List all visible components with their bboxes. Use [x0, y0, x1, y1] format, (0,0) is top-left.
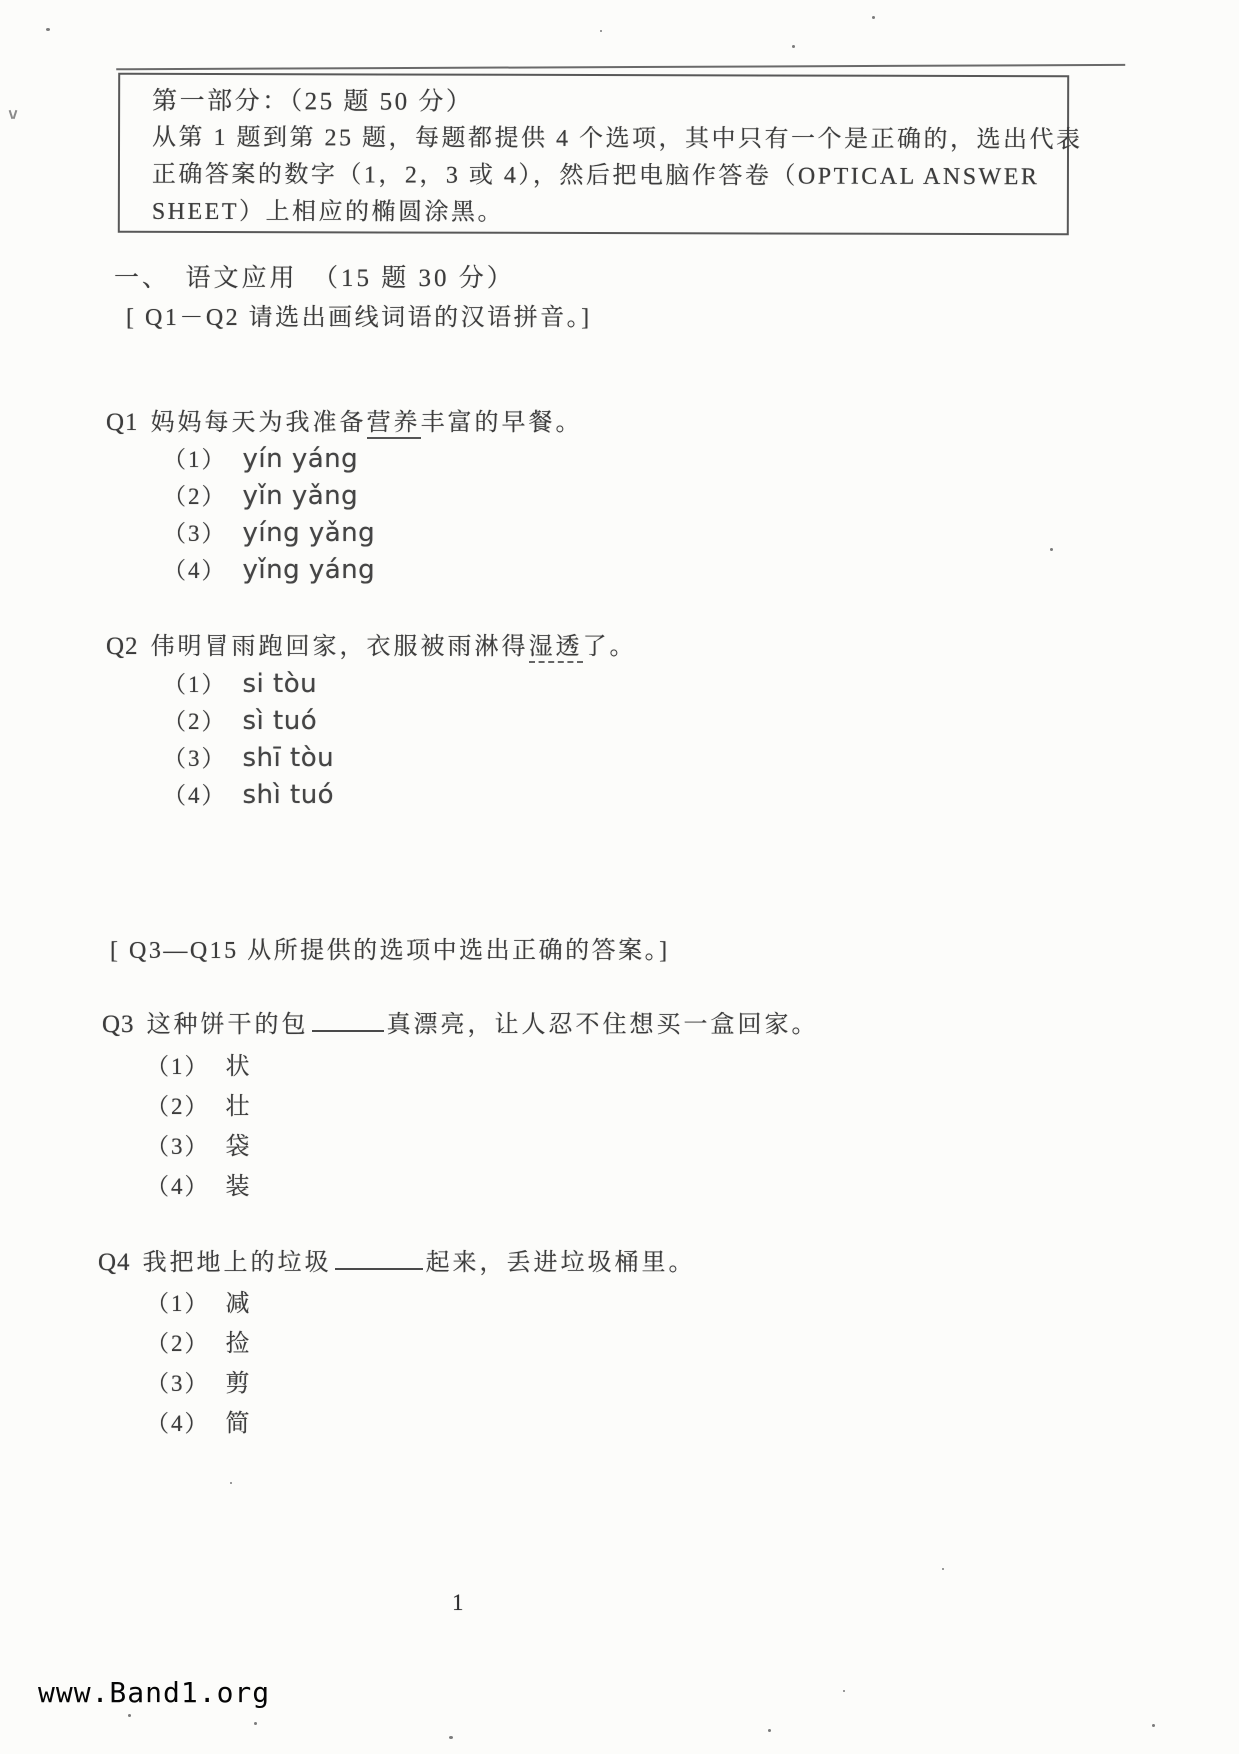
option-1: （1）减 — [146, 1283, 252, 1323]
part1-instruction-line: SHEET）上相应的椭圆涂黑。 — [152, 194, 1067, 233]
option-text: shì tuó — [243, 780, 335, 810]
scan-speck — [1050, 548, 1053, 551]
option-text: 袋 — [226, 1134, 252, 1160]
scan-speck — [768, 1729, 771, 1732]
option-number: （4） — [163, 558, 227, 583]
option-text: yǐng yáng — [243, 555, 376, 585]
scan-speck — [46, 28, 50, 31]
option-number: （3） — [146, 1134, 210, 1159]
question-q1-options: （1）yín yáng （2）yǐn yǎng （3）yíng yǎng （4）… — [163, 441, 375, 589]
exam-page-scan: 第一部分：（25 题 50 分） 从第 1 题到第 25 题，每题都提供 4 个… — [0, 0, 1239, 1754]
option-number: （4） — [146, 1174, 210, 1199]
question-number: Q2 — [106, 633, 139, 660]
underlined-word: 营养 — [367, 410, 421, 439]
option-2: （2）yǐn yǎng — [163, 478, 375, 515]
option-number: （4） — [146, 1411, 210, 1436]
scan-speck — [128, 1714, 131, 1717]
option-1: （1）si tòu — [163, 666, 334, 703]
option-number: （1） — [146, 1054, 210, 1079]
scan-speck — [872, 16, 875, 19]
section-title: 一、 语文应用 （15 题 30 分） — [114, 258, 515, 294]
scan-speck — [449, 1736, 453, 1739]
option-text: yǐn yǎng — [243, 481, 359, 511]
part1-instruction-line: 正确答案的数字（1，2，3 或 4），然后把电脑作答卷（OPTICAL ANSW… — [152, 157, 1067, 196]
scan-speck — [843, 1690, 845, 1692]
option-number: （1） — [163, 447, 227, 472]
option-text: yíng yǎng — [243, 518, 376, 548]
part1-instruction-box: 第一部分：（25 题 50 分） 从第 1 题到第 25 题，每题都提供 4 个… — [118, 73, 1069, 235]
option-number: （3） — [163, 521, 227, 546]
option-text: 减 — [226, 1291, 252, 1317]
option-4: （4）shì tuó — [163, 777, 334, 814]
question-q1: Q1妈妈每天为我准备营养丰富的早餐。 — [106, 402, 583, 437]
option-text: sì tuó — [243, 706, 318, 736]
question-number: Q3 — [102, 1011, 135, 1038]
question-q2-options: （1）si tòu （2）sì tuó （3）shī tòu （4）shì tu… — [163, 666, 334, 814]
option-text: 捡 — [226, 1331, 252, 1357]
question-q2: Q2伟明冒雨跑回家，衣服被雨淋得湿透了。 — [106, 626, 637, 661]
question-number: Q4 — [98, 1249, 131, 1276]
stray-pen-mark — [8, 110, 18, 119]
option-1: （1）yín yáng — [163, 441, 375, 478]
scan-speck — [254, 1722, 257, 1725]
question-text: 丰富的早餐。 — [421, 410, 583, 436]
option-number: （2） — [146, 1331, 210, 1356]
watermark-url: www.Band1.org — [38, 1676, 270, 1709]
question-q4: Q4我把地上的垃圾起来，丢进垃圾桶里。 — [98, 1242, 696, 1277]
scan-speck — [1152, 1724, 1155, 1727]
option-number: （3） — [146, 1371, 210, 1396]
scan-speck — [230, 1482, 232, 1484]
option-number: （4） — [163, 783, 227, 808]
scan-speck — [600, 30, 602, 32]
part1-title: 第一部分：（25 题 50 分） — [152, 83, 1067, 122]
part1-instruction-line: 从第 1 题到第 25 题，每题都提供 4 个选项，其中只有一个是正确的，选出代… — [152, 120, 1067, 159]
option-text: shī tòu — [243, 743, 335, 773]
question-text: 妈妈每天为我准备 — [151, 410, 367, 436]
question-number: Q1 — [106, 409, 139, 436]
option-3: （3）shī tòu — [163, 740, 334, 777]
option-2: （2）sì tuó — [163, 703, 334, 740]
option-2: （2）壮 — [146, 1086, 252, 1126]
option-3: （3）yíng yǎng — [163, 515, 375, 552]
question-q3: Q3这种饼干的包真漂亮，让人忍不住想买一盒回家。 — [102, 1004, 819, 1039]
question-text: 这种饼干的包 — [147, 1012, 309, 1038]
option-4: （4）yǐng yáng — [163, 552, 375, 589]
instruction-q1-q2: [ Q1－Q2 请选出画线词语的汉语拼音。] — [126, 297, 592, 332]
question-q4-options: （1）减 （2）捡 （3）剪 （4）简 — [146, 1283, 252, 1443]
question-q3-options: （1）状 （2）壮 （3）袋 （4）装 — [146, 1046, 252, 1206]
option-text: 装 — [226, 1174, 252, 1200]
option-text: 剪 — [226, 1371, 252, 1397]
answer-blank — [335, 1243, 423, 1270]
option-number: （2） — [163, 484, 227, 509]
question-text: 伟明冒雨跑回家，衣服被雨淋得 — [151, 634, 529, 660]
question-text: 起来，丢进垃圾桶里。 — [426, 1250, 696, 1276]
instruction-q3-q15: [ Q3—Q15 从所提供的选项中选出正确的答案。] — [110, 930, 670, 965]
option-number: （2） — [163, 709, 227, 734]
option-3: （3）剪 — [146, 1363, 252, 1403]
option-number: （3） — [163, 746, 227, 771]
question-text: 我把地上的垃圾 — [143, 1250, 332, 1276]
option-text: 简 — [226, 1411, 252, 1437]
option-number: （1） — [146, 1291, 210, 1316]
underlined-word: 湿透 — [529, 634, 583, 663]
option-text: si tòu — [243, 669, 318, 699]
option-2: （2）捡 — [146, 1323, 252, 1363]
option-1: （1）状 — [146, 1046, 252, 1086]
option-text: 状 — [226, 1054, 252, 1080]
scan-speck — [942, 1568, 944, 1570]
option-text: 壮 — [226, 1094, 252, 1120]
answer-blank — [312, 1005, 384, 1032]
question-text: 真漂亮，让人忍不住想买一盒回家。 — [387, 1012, 819, 1038]
option-4: （4）简 — [146, 1403, 252, 1443]
option-3: （3）袋 — [146, 1126, 252, 1166]
option-text: yín yáng — [243, 444, 359, 474]
question-text: 了。 — [583, 634, 637, 660]
option-4: （4）装 — [146, 1166, 252, 1206]
scan-speck — [792, 45, 795, 48]
option-number: （2） — [146, 1094, 210, 1119]
option-number: （1） — [163, 672, 227, 697]
page-number: 1 — [452, 1590, 464, 1616]
